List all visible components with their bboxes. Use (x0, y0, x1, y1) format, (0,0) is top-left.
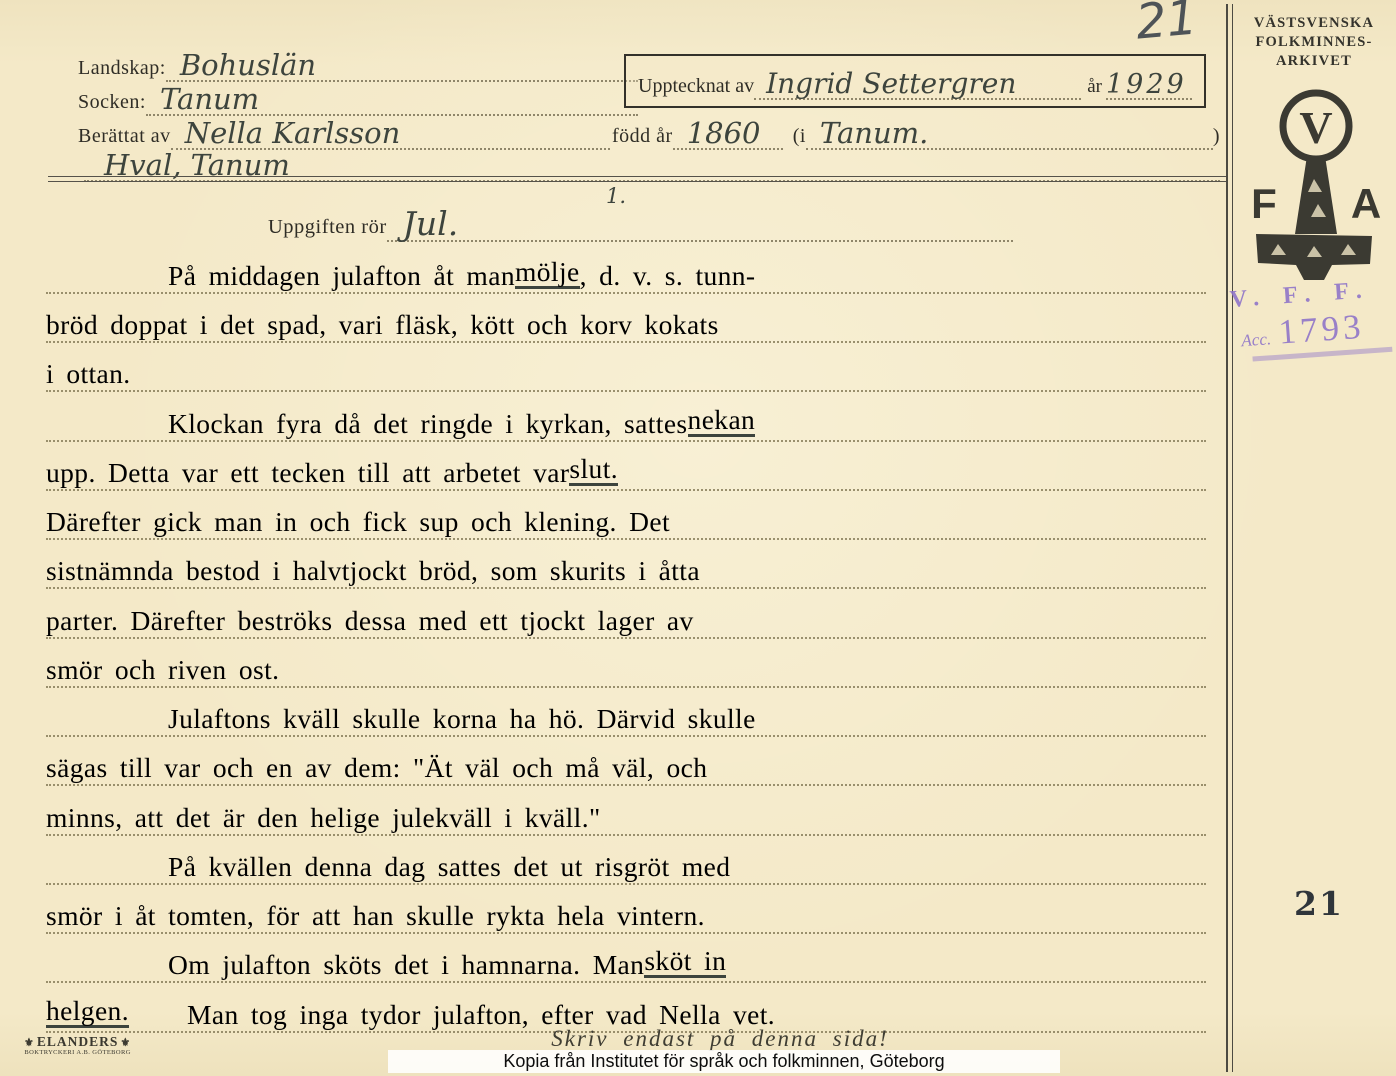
svg-text:F: F (1251, 180, 1277, 227)
header-divider (48, 176, 1226, 182)
line-text: parter. Därefter beströks dessa med ett … (46, 607, 694, 635)
printer-ornament-icon: ⚜ (120, 1036, 131, 1049)
line-text: smör i åt tomten, för att han skulle ryk… (46, 902, 705, 930)
line-text-underlined: sköt in (644, 947, 726, 979)
field-socken: Socken: Tanum (78, 80, 638, 116)
line-text: bröd doppat i det spad, vari fläsk, kött… (46, 311, 719, 339)
handwritten-page-number: 21 (1134, 0, 1200, 51)
archive-record-page: Landskap: Bohuslän Socken: Tanum Berätta… (0, 0, 1396, 1076)
copy-note: Kopia från Institutet för språk och folk… (388, 1050, 1060, 1073)
topic-value: Jul. (387, 207, 1013, 242)
handwritten-line: bröd doppat i det spad, vari fläsk, kött… (46, 295, 1206, 343)
handwritten-line: minns, att det är den helige julekväll i… (46, 788, 1206, 836)
svg-text:V: V (1299, 102, 1332, 153)
handwritten-line: sägas till var och en av dem: "Ät väl oc… (46, 738, 1206, 786)
handwritten-line: upp. Detta var ett tecken till att arbet… (46, 443, 1206, 491)
accession-stamp: V. F. F. Acc. 1793 (1202, 275, 1396, 364)
line-text: i ottan. (46, 360, 131, 388)
line-text: Därefter gick man in och fick sup och kl… (46, 508, 670, 536)
line-text: upp. Detta var ett tecken till att arbet… (46, 459, 569, 487)
upptecknat-box: Upptecknat av Ingrid Settergren år 1929 (624, 54, 1206, 108)
printer-ornament-icon: ⚜ (24, 1036, 35, 1049)
line-text: Om julafton sköts det i hamnarna. Man (168, 951, 644, 979)
handwritten-line: i ottan. (46, 344, 1206, 392)
upptecknat-value: Ingrid Settergren (754, 70, 1081, 100)
upptecknat-label: Upptecknat av (638, 75, 754, 100)
archive-name: VÄSTSVENSKA FOLKMINNES- ARKIVET (1236, 14, 1392, 71)
line-text-underlined: slut. (569, 455, 618, 487)
stamp-number: 1793 (1277, 307, 1366, 353)
printer-name: ELANDERS (37, 1034, 119, 1050)
topic-label: Uppgiften rör (268, 216, 387, 242)
printed-page-number: 21 (1294, 884, 1344, 923)
archive-name-line1: VÄSTSVENSKA (1236, 14, 1392, 33)
handwritten-line: På middagen julafton åt man mölje, d. v.… (46, 246, 1206, 294)
vfa-thor-hammer-logo-icon: V F A (1244, 84, 1384, 289)
ar-value: 1929 (1106, 71, 1192, 100)
field-berattat-av: Berättat av Nella Karlsson (78, 112, 610, 150)
line-text: På kvällen denna dag sattes det ut risgr… (168, 853, 730, 881)
line-text: Man tog inga tydor julafton, efter vad N… (187, 1001, 775, 1029)
archive-name-line2: FOLKMINNES- (1236, 33, 1392, 52)
handwritten-line: smör i åt tomten, för att han skulle ryk… (46, 886, 1206, 934)
svg-text:A: A (1351, 180, 1381, 227)
printer-subtitle: BOKTRYCKERI A.B. GÖTEBORG (24, 1049, 131, 1056)
line-text: Klockan fyra då det ringde i kyrkan, sat… (168, 410, 688, 438)
handwritten-line: Klockan fyra då det ringde i kyrkan, sat… (46, 394, 1206, 442)
field-landskap: Landskap: Bohuslän (78, 46, 638, 82)
handwritten-line: smör och riven ost. (46, 640, 1206, 688)
topic-row: Uppgiften rör Jul. (268, 196, 1013, 242)
handwritten-line: På kvällen denna dag sattes det ut risgr… (46, 837, 1206, 885)
line-text-underlined: mölje (515, 258, 580, 290)
line-text-underlined: nekan (688, 406, 756, 438)
line-text: På middagen julafton åt man (168, 262, 515, 290)
line-text: minns, att det är den helige julekväll i… (46, 804, 601, 832)
handwritten-line: sistnämnda bestod i halvtjockt bröd, som… (46, 541, 1206, 589)
margin-divider (1226, 4, 1233, 1072)
line-text-underlined: helgen. (46, 997, 129, 1029)
handwritten-line: Om julafton sköts det i hamnarna. Man sk… (46, 935, 1206, 983)
field-fodd-ar: född år 1860 (i Tanum. ) (612, 112, 1220, 150)
archive-name-line3: ARKIVET (1236, 52, 1392, 71)
ar-label: år (1081, 76, 1106, 100)
landskap-label: Landskap: (78, 57, 166, 82)
line-text: , d. v. s. tunn- (580, 262, 756, 290)
line-text: smör och riven ost. (46, 656, 279, 684)
line-text: sistnämnda bestod i halvtjockt bröd, som… (46, 557, 700, 585)
handwritten-line: parter. Därefter beströks dessa med ett … (46, 591, 1206, 639)
handwritten-line: Därefter gick man in och fick sup och kl… (46, 492, 1206, 540)
form-instruction: Skriv endast på denna sida! (430, 1026, 1010, 1052)
printer-name-row: ⚜ ELANDERS ⚜ (24, 1034, 131, 1050)
stamp-acc-label: Acc. (1241, 329, 1272, 351)
landskap-value: Bohuslän (166, 51, 638, 82)
handwritten-line: Julaftons kväll skulle korna ha hö. Därv… (46, 689, 1206, 737)
line-text: Julaftons kväll skulle korna ha hö. Därv… (168, 705, 756, 733)
line-text: sägas till var och en av dem: "Ät väl oc… (46, 754, 707, 782)
printer-mark: ⚜ ELANDERS ⚜ BOKTRYCKERI A.B. GÖTEBORG (24, 1034, 131, 1056)
